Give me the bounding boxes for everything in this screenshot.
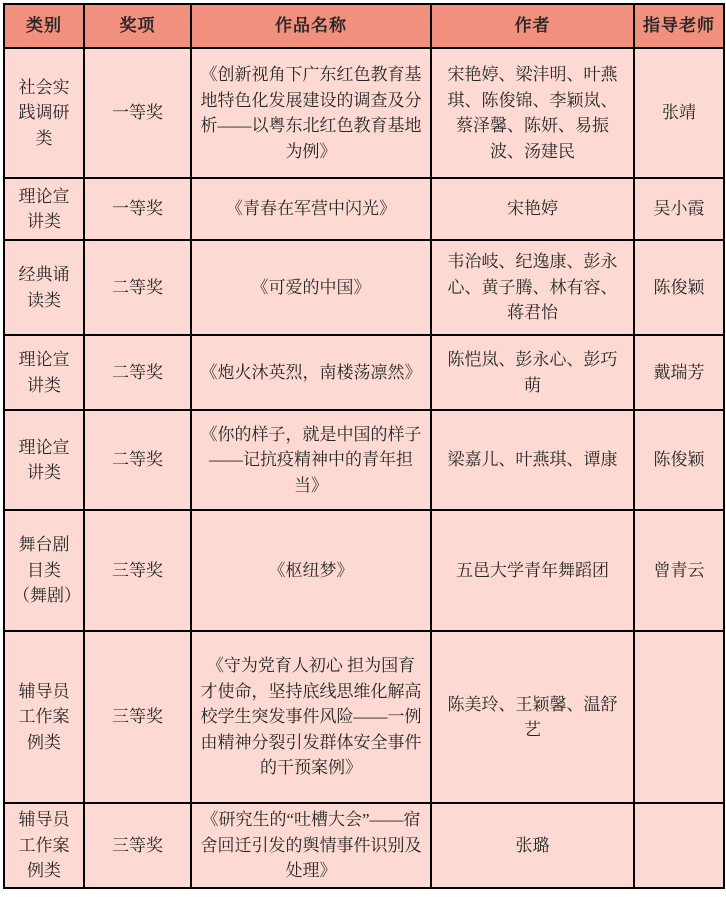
cell-authors: 宋艳婷 <box>431 178 634 240</box>
header-row: 类别 奖项 作品名称 作者 指导老师 <box>4 4 724 48</box>
cell-authors: 宋艳婷、梁沣明、叶燕琪、陈俊锦、李颖岚、蔡泽馨、陈妍、易振波、汤建民 <box>431 48 634 178</box>
header-authors: 作者 <box>431 4 634 48</box>
table-row: 辅导员工作案例类 三等奖 《研究生的“吐槽大会”——宿舍回迁引发的舆情事件识别及… <box>4 803 724 888</box>
table-row: 社会实践调研类 一等奖 《创新视角下广东红色教育基地特色化发展建设的调查及分析—… <box>4 48 724 178</box>
cell-category: 辅导员工作案例类 <box>4 803 84 888</box>
table-row: 理论宣讲类 二等奖 《炮火沐英烈，南楼荡凛然》 陈恺岚、彭永心、彭巧萌 戴瑞芳 <box>4 335 724 410</box>
cell-work: 《青春在军营中闪光》 <box>191 178 431 240</box>
header-award: 奖项 <box>84 4 191 48</box>
cell-category: 舞台剧目类（舞剧） <box>4 510 84 631</box>
cell-advisor: 吴小霞 <box>634 178 724 240</box>
table-row: 理论宣讲类 二等奖 《你的样子，就是中国的样子——记抗疫精神中的青年担当》 梁嘉… <box>4 410 724 510</box>
cell-category: 理论宣讲类 <box>4 335 84 410</box>
cell-work: 《枢纽梦》 <box>191 510 431 631</box>
cell-category: 理论宣讲类 <box>4 178 84 240</box>
cell-award: 一等奖 <box>84 48 191 178</box>
cell-advisor: 曾青云 <box>634 510 724 631</box>
cell-authors: 陈美玲、王颖馨、温舒艺 <box>431 631 634 803</box>
cell-award: 二等奖 <box>84 240 191 335</box>
header-category: 类别 <box>4 4 84 48</box>
cell-award: 三等奖 <box>84 631 191 803</box>
cell-award: 三等奖 <box>84 803 191 888</box>
cell-work: 《可爱的中国》 <box>191 240 431 335</box>
cell-advisor: 张靖 <box>634 48 724 178</box>
cell-advisor <box>634 803 724 888</box>
cell-work: 《创新视角下广东红色教育基地特色化发展建设的调查及分析——以粤东北红色教育基地为… <box>191 48 431 178</box>
cell-category: 理论宣讲类 <box>4 410 84 510</box>
cell-award: 三等奖 <box>84 510 191 631</box>
cell-advisor: 陈俊颖 <box>634 240 724 335</box>
awards-table: 类别 奖项 作品名称 作者 指导老师 社会实践调研类 一等奖 《创新视角下广东红… <box>3 3 725 889</box>
cell-authors: 韦治岐、纪逸康、彭永心、黄子腾、林有容、蒋君怡 <box>431 240 634 335</box>
cell-work: 《你的样子，就是中国的样子——记抗疫精神中的青年担当》 <box>191 410 431 510</box>
cell-authors: 五邑大学青年舞蹈团 <box>431 510 634 631</box>
cell-authors: 梁嘉儿、叶燕琪、谭康 <box>431 410 634 510</box>
table-row: 经典诵读类 二等奖 《可爱的中国》 韦治岐、纪逸康、彭永心、黄子腾、林有容、蒋君… <box>4 240 724 335</box>
header-advisor: 指导老师 <box>634 4 724 48</box>
cell-advisor: 戴瑞芳 <box>634 335 724 410</box>
cell-category: 经典诵读类 <box>4 240 84 335</box>
cell-work: 《炮火沐英烈，南楼荡凛然》 <box>191 335 431 410</box>
cell-authors: 张璐 <box>431 803 634 888</box>
cell-award: 二等奖 <box>84 335 191 410</box>
header-work: 作品名称 <box>191 4 431 48</box>
cell-advisor: 陈俊颖 <box>634 410 724 510</box>
cell-advisor <box>634 631 724 803</box>
table-row: 理论宣讲类 一等奖 《青春在军营中闪光》 宋艳婷 吴小霞 <box>4 178 724 240</box>
cell-category: 社会实践调研类 <box>4 48 84 178</box>
cell-work: 《守为党育人初心 担为国育才使命，坚持底线思维化解高校学生突发事件风险——一例由… <box>191 631 431 803</box>
cell-work: 《研究生的“吐槽大会”——宿舍回迁引发的舆情事件识别及处理》 <box>191 803 431 888</box>
table-row: 辅导员工作案例类 三等奖 《守为党育人初心 担为国育才使命，坚持底线思维化解高校… <box>4 631 724 803</box>
cell-authors: 陈恺岚、彭永心、彭巧萌 <box>431 335 634 410</box>
cell-award: 一等奖 <box>84 178 191 240</box>
cell-award: 二等奖 <box>84 410 191 510</box>
table-row: 舞台剧目类（舞剧） 三等奖 《枢纽梦》 五邑大学青年舞蹈团 曾青云 <box>4 510 724 631</box>
cell-category: 辅导员工作案例类 <box>4 631 84 803</box>
